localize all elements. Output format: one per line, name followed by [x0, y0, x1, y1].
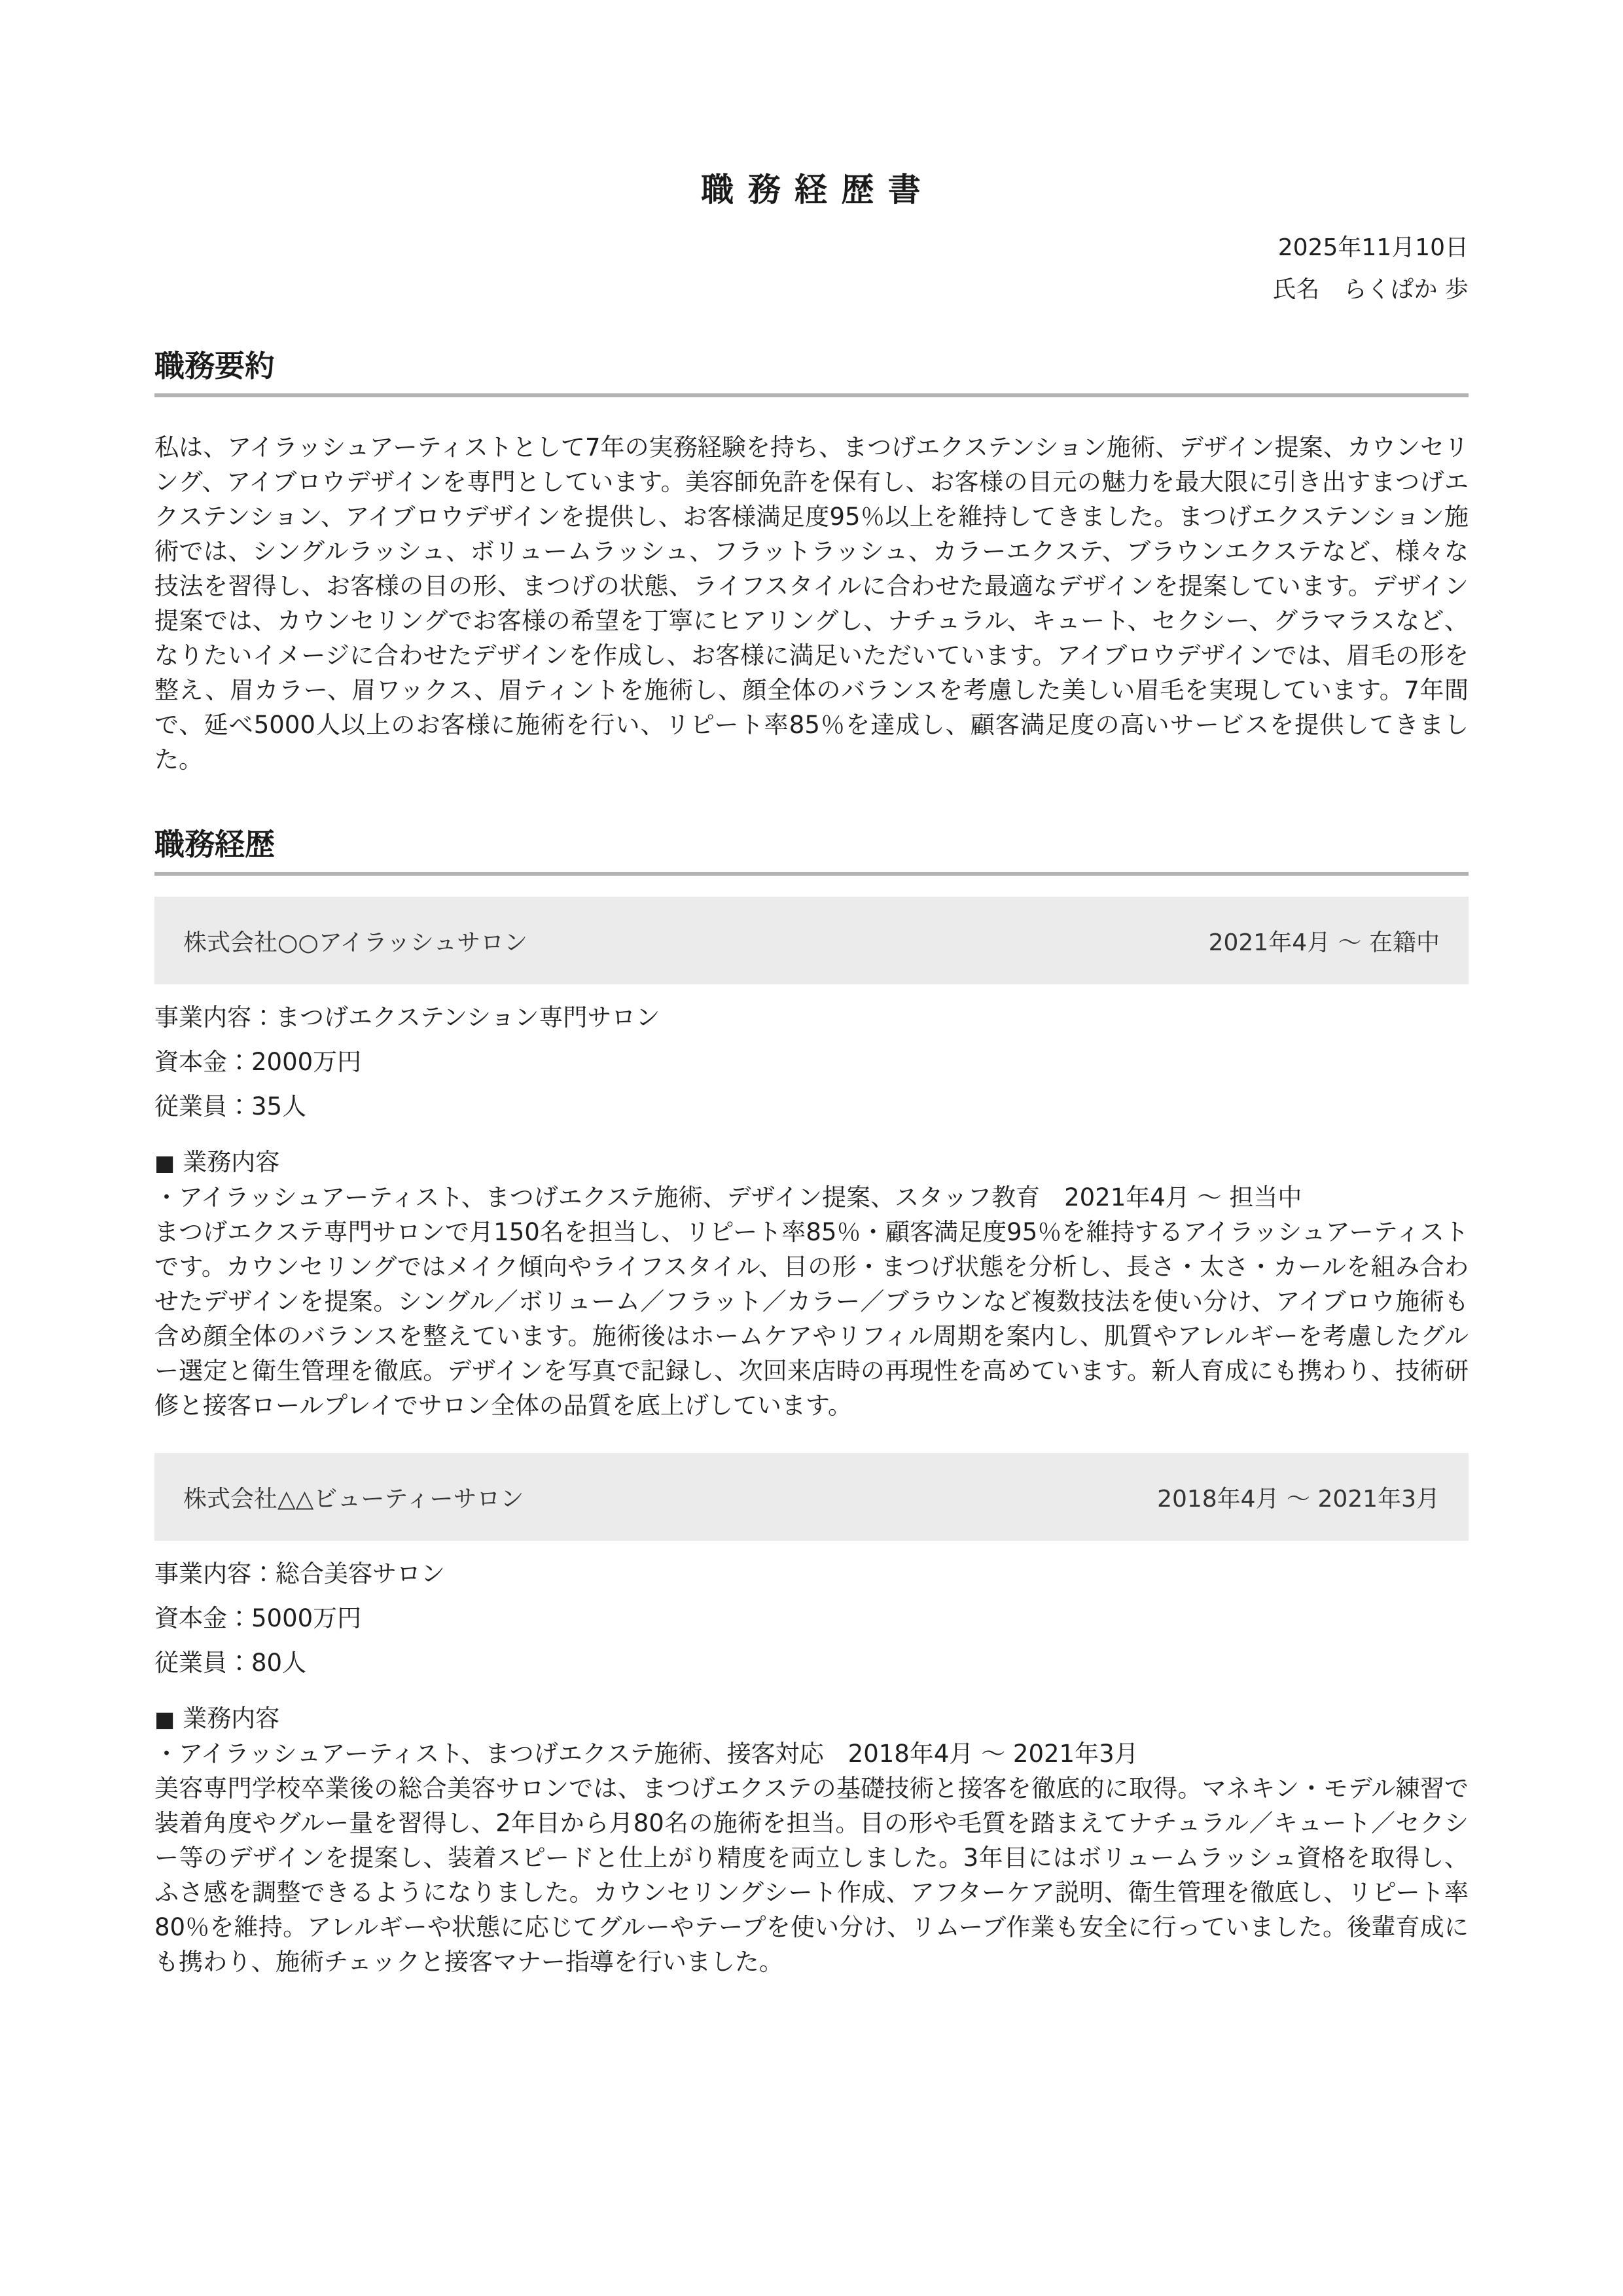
company-name: 株式会社○○アイラッシュサロン: [183, 924, 527, 958]
job-description: 美容専門学校卒業後の総合美容サロンでは、まつげエクステの基礎技術と接客を徹底的に…: [154, 1771, 1469, 1979]
duties-heading: ■業務内容: [154, 1701, 1469, 1736]
company-name: 株式会社△△ビューティーサロン: [183, 1480, 524, 1514]
resume-page: 職 務 経 歴 書 2025年11月10日 氏名 らくぱか 歩 職務要約 私は、…: [0, 0, 1623, 2296]
square-bullet-icon: ■: [154, 1706, 175, 1732]
duties-heading-label: 業務内容: [183, 1704, 279, 1732]
business-line: 事業内容：まつげエクステンション専門サロン: [154, 1000, 1469, 1035]
history-heading: 職務経歴: [154, 827, 1469, 863]
history-rule: [154, 872, 1469, 876]
page-title: 職 務 経 歴 書: [154, 164, 1469, 211]
role-line: ・アイラッシュアーティスト、まつげエクステ施術、デザイン提案、スタッフ教育 20…: [154, 1180, 1469, 1215]
company-header-bar: 株式会社○○アイラッシュサロン 2021年4月 ～ 在籍中: [154, 897, 1469, 984]
employees-line: 従業員：80人: [154, 1645, 1469, 1680]
capital-line: 資本金：5000万円: [154, 1601, 1469, 1636]
summary-heading: 職務要約: [154, 348, 1469, 384]
employment-period: 2021年4月 ～ 在籍中: [1209, 924, 1440, 958]
work-entry: 株式会社△△ビューティーサロン 2018年4月 ～ 2021年3月 事業内容：総…: [154, 1453, 1469, 1979]
capital-line: 資本金：2000万円: [154, 1045, 1469, 1079]
square-bullet-icon: ■: [154, 1150, 175, 1175]
summary-body: 私は、アイラッシュアーティストとして7年の実務経験を持ち、まつげエクステンション…: [154, 430, 1469, 777]
summary-section: 職務要約 私は、アイラッシュアーティストとして7年の実務経験を持ち、まつげエクス…: [154, 348, 1469, 777]
company-header-bar: 株式会社△△ビューティーサロン 2018年4月 ～ 2021年3月: [154, 1453, 1469, 1541]
history-section: 職務経歴 株式会社○○アイラッシュサロン 2021年4月 ～ 在籍中 事業内容：…: [154, 827, 1469, 1979]
duties-heading-label: 業務内容: [183, 1148, 279, 1176]
duties-heading: ■業務内容: [154, 1145, 1469, 1180]
employees-line: 従業員：35人: [154, 1089, 1469, 1124]
business-line: 事業内容：総合美容サロン: [154, 1556, 1469, 1591]
employment-period: 2018年4月 ～ 2021年3月: [1157, 1480, 1440, 1514]
applicant-name: 氏名 らくぱか 歩: [154, 274, 1469, 306]
work-entry: 株式会社○○アイラッシュサロン 2021年4月 ～ 在籍中 事業内容：まつげエク…: [154, 897, 1469, 1423]
role-line: ・アイラッシュアーティスト、まつげエクステ施術、接客対応 2018年4月 ～ 2…: [154, 1736, 1469, 1771]
document-date: 2025年11月10日: [154, 232, 1469, 264]
summary-rule: [154, 393, 1469, 397]
job-description: まつげエクステ専門サロンで月150名を担当し、リピート率85％・顧客満足度95％…: [154, 1215, 1469, 1423]
